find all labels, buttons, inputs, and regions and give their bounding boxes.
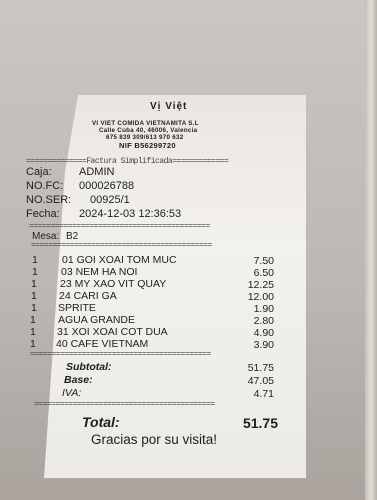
item-qty: 1 <box>32 254 38 266</box>
item-qty: 1 <box>31 302 37 314</box>
company-phones: 675 839 309/613 970 632 <box>106 134 183 141</box>
item-price: 7.50 <box>244 255 274 267</box>
separator: ========================================… <box>34 400 284 409</box>
base-label: Base: <box>64 374 93 386</box>
item-price: 4.90 <box>242 327 274 339</box>
item-price: 2.80 <box>242 315 274 327</box>
company-address: Calle Cuba 40, 46006, Valencia <box>99 127 197 134</box>
receipt: Vị Việt VI VIET COMIDA VIETNAMITA S.L Ca… <box>44 95 306 478</box>
footer-message: Gracias por su visita! <box>91 432 217 447</box>
separator-title: ==============Factura Simplificada======… <box>26 157 274 166</box>
separator: ========================================… <box>29 222 279 231</box>
company-name: VI VIET COMIDA VIETNAMITA S.L <box>92 120 199 127</box>
item-qty: 1 <box>31 278 37 290</box>
item-qty: 1 <box>30 314 36 326</box>
total-label: Total: <box>82 414 120 430</box>
field-label-nofc: NO.FC: <box>26 180 63 192</box>
item-name: SPRITE <box>58 302 96 314</box>
item-name: 31 XOI XOAI COT DUA <box>57 326 168 338</box>
item-price: 6.50 <box>244 267 274 279</box>
iva-value: 4.71 <box>240 388 274 400</box>
item-name: 40 CAFE VIETNAM <box>56 338 148 350</box>
separator: ========================================… <box>30 350 280 359</box>
item-name: 01 GOI XOAI TOM MUC <box>62 254 177 266</box>
field-label-caja: Caja: <box>26 166 52 178</box>
item-qty: 1 <box>32 266 38 278</box>
item-price: 12.25 <box>242 279 274 291</box>
item-qty: 1 <box>31 290 37 302</box>
separator: ========================================… <box>31 241 281 250</box>
field-value-nofc: 000026788 <box>79 180 134 192</box>
field-value-noser: 00925/1 <box>90 194 130 206</box>
total-value: 51.75 <box>234 415 278 431</box>
item-qty: 1 <box>30 338 36 350</box>
item-qty: 1 <box>30 326 36 338</box>
field-label-fecha: Fecha: <box>26 208 60 220</box>
iva-label: IVA: <box>62 387 81 399</box>
base-value: 47.05 <box>240 375 274 387</box>
item-name: 24 CARI GA <box>59 290 117 302</box>
company-nif: NIF B56299720 <box>119 141 176 150</box>
subtotal-value: 51.75 <box>240 362 274 374</box>
item-name: 03 NEM HA NOI <box>61 266 137 278</box>
brand-name: Vị Việt <box>150 101 187 112</box>
item-name: AGUA GRANDE <box>58 314 135 326</box>
field-value-fecha: 2024-12-03 12:36:53 <box>79 208 181 220</box>
item-price: 1.90 <box>242 303 274 315</box>
field-label-noser: NO.SER: <box>26 194 71 206</box>
item-name: 23 MY XAO VIT QUAY <box>60 278 166 290</box>
field-value-caja: ADMIN <box>79 166 114 178</box>
subtotal-label: Subtotal: <box>66 361 112 373</box>
item-price: 12.00 <box>242 291 274 303</box>
wall-edge <box>365 0 377 500</box>
